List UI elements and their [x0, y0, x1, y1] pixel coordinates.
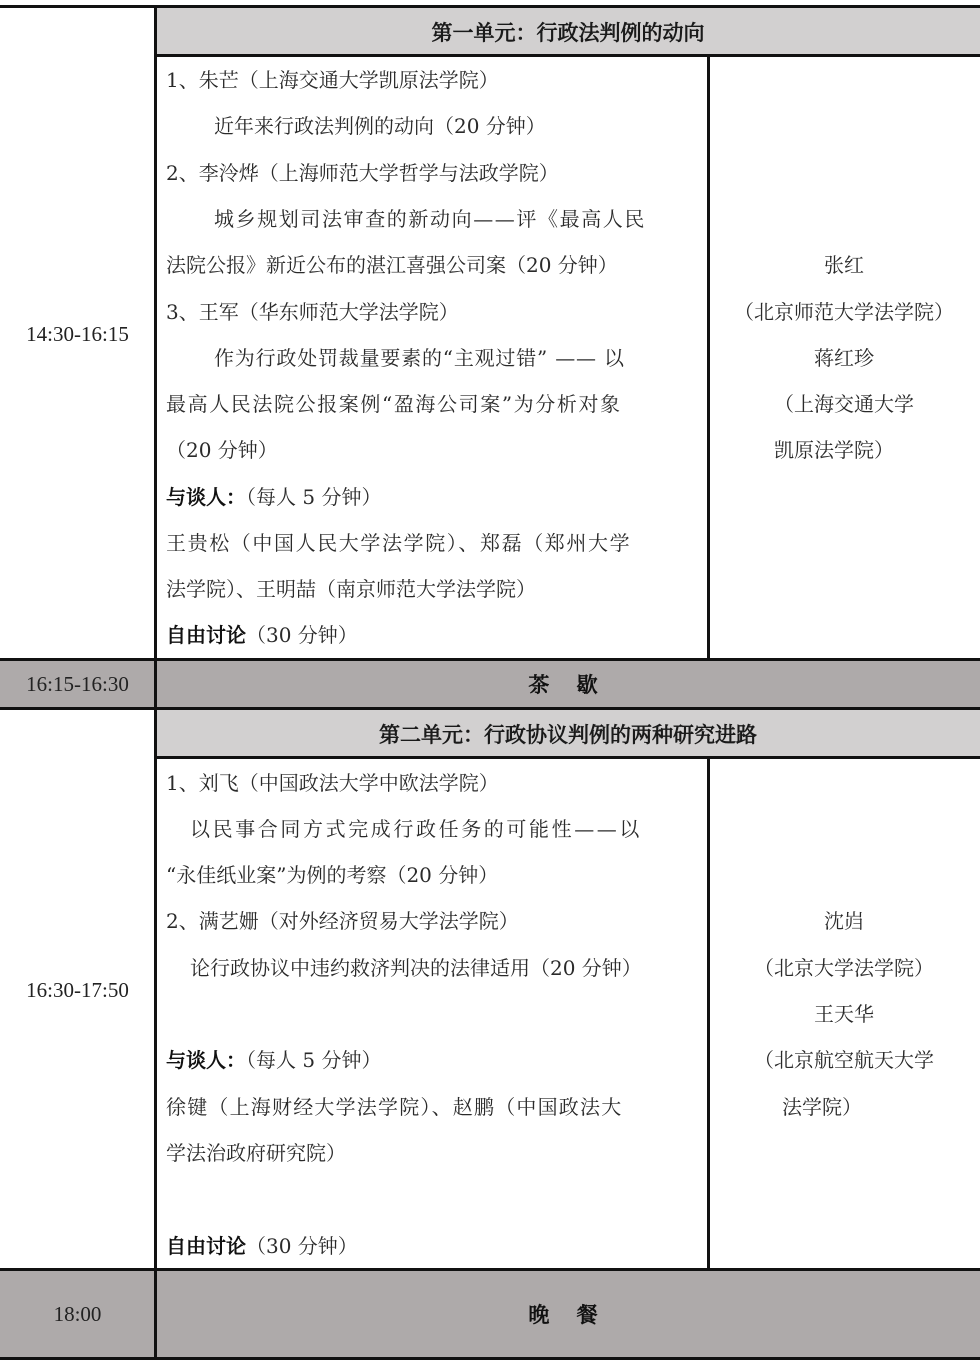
session2-discussants-line1: 徐键（上海财经大学法学院）、赵鹏（中国政法大 — [166, 1094, 622, 1120]
session1-talk3-speaker: 3、王军（华东师范大学法学院） — [166, 299, 459, 325]
table-border — [156, 756, 980, 759]
session2-chair2-name: 王天华 — [710, 1001, 978, 1027]
discussants-note: （每人 5 分钟） — [246, 1048, 381, 1072]
discussants-note: （每人 5 分钟） — [246, 485, 381, 509]
session1-time: 14:30-16:15 — [0, 8, 155, 660]
session1-chair1-affiliation: （北京师范大学法学院） — [710, 299, 978, 325]
session1-talk3-topic-line2: 最高人民法院公报案例“盈海公司案”为分析对象 — [166, 391, 622, 417]
session2-talk2-speaker: 2、满艺姗（对外经济贸易大学法学院） — [166, 908, 519, 934]
tea-break-label: 茶 歇 — [156, 660, 980, 708]
session2-chair1-name: 沈岿 — [710, 908, 978, 934]
free-discussion-label: 自由讨论 — [166, 1234, 246, 1258]
session2-time: 16:30-17:50 — [0, 710, 155, 1270]
table-border — [0, 5, 980, 8]
session1-discussants-heading: 与谈人：（每人 5 分钟） — [166, 484, 381, 510]
session2-talk1-topic-line1: 以民事合同方式完成行政任务的可能性——以 — [190, 816, 642, 842]
discussants-label: 与谈人： — [166, 485, 246, 509]
session2-discussants-heading: 与谈人：（每人 5 分钟） — [166, 1047, 381, 1073]
table-border — [156, 54, 980, 57]
table-border — [0, 707, 980, 710]
session1-chair2-affiliation-line1: （上海交通大学 — [710, 391, 978, 417]
session1-free-discussion: 自由讨论（30 分钟） — [166, 622, 358, 648]
free-discussion-label: 自由讨论 — [166, 623, 246, 647]
session1-talk1-speaker: 1、朱芒（上海交通大学凯原法学院） — [166, 67, 499, 93]
session2-chair2-affiliation-line1: （北京航空航天大学 — [710, 1047, 978, 1073]
session2-discussants-line2: 学法治政府研究院） — [166, 1140, 346, 1166]
free-discussion-note: （30 分钟） — [246, 623, 358, 647]
session2-talk2-topic: 论行政协议中违约救济判决的法律适用（20 分钟） — [190, 955, 642, 981]
session2-talk1-topic-line2: “永佳纸业案”为例的考察（20 分钟） — [166, 862, 498, 888]
session1-title: 第一单元：行政法判例的动向 — [156, 8, 980, 55]
session2-talk1-speaker: 1、刘飞（中国政法大学中欧法学院） — [166, 770, 499, 796]
session2-chair1-affiliation: （北京大学法学院） — [710, 955, 978, 981]
session1-discussants-line2: 法学院）、王明喆（南京师范大学法学院） — [166, 576, 536, 602]
table-border — [707, 756, 710, 1270]
tea-break-time: 16:15-16:30 — [0, 660, 155, 708]
table-border — [0, 1357, 980, 1360]
session1-chair2-name: 蒋红珍 — [710, 345, 978, 371]
dinner-time: 18:00 — [0, 1271, 155, 1357]
session2-title: 第二单元：行政协议判例的两种研究进路 — [156, 710, 980, 757]
table-border — [0, 1268, 980, 1271]
dinner-label: 晚 餐 — [156, 1271, 980, 1357]
table-border — [154, 5, 157, 1360]
discussants-label: 与谈人： — [166, 1048, 246, 1072]
session1-talk3-topic-line3: （20 分钟） — [166, 437, 278, 463]
session1-talk1-topic: 近年来行政法判例的动向（20 分钟） — [214, 113, 546, 139]
table-border — [707, 54, 710, 660]
session1-talk2-topic-line2: 法院公报》新近公布的湛江喜强公司案（20 分钟） — [166, 252, 618, 278]
session1-chair1-name: 张红 — [710, 252, 978, 278]
session1-talk2-topic-line1: 城乡规划司法审查的新动向——评《最高人民 — [214, 206, 646, 232]
session1-talk3-topic-line1: 作为行政处罚裁量要素的“主观过错” —— 以 — [214, 345, 625, 371]
session2-free-discussion: 自由讨论（30 分钟） — [166, 1233, 358, 1259]
free-discussion-note: （30 分钟） — [246, 1234, 358, 1258]
session1-discussants-line1: 王贵松（中国人民大学法学院）、郑磊（郑州大学 — [166, 530, 631, 556]
session1-talk2-speaker: 2、李泠烨（上海师范大学哲学与法政学院） — [166, 160, 559, 186]
session1-chair2-affiliation-line2: 凯原法学院） — [700, 437, 968, 463]
table-border — [0, 658, 980, 661]
session2-chair2-affiliation-line2: 法学院） — [688, 1094, 956, 1120]
